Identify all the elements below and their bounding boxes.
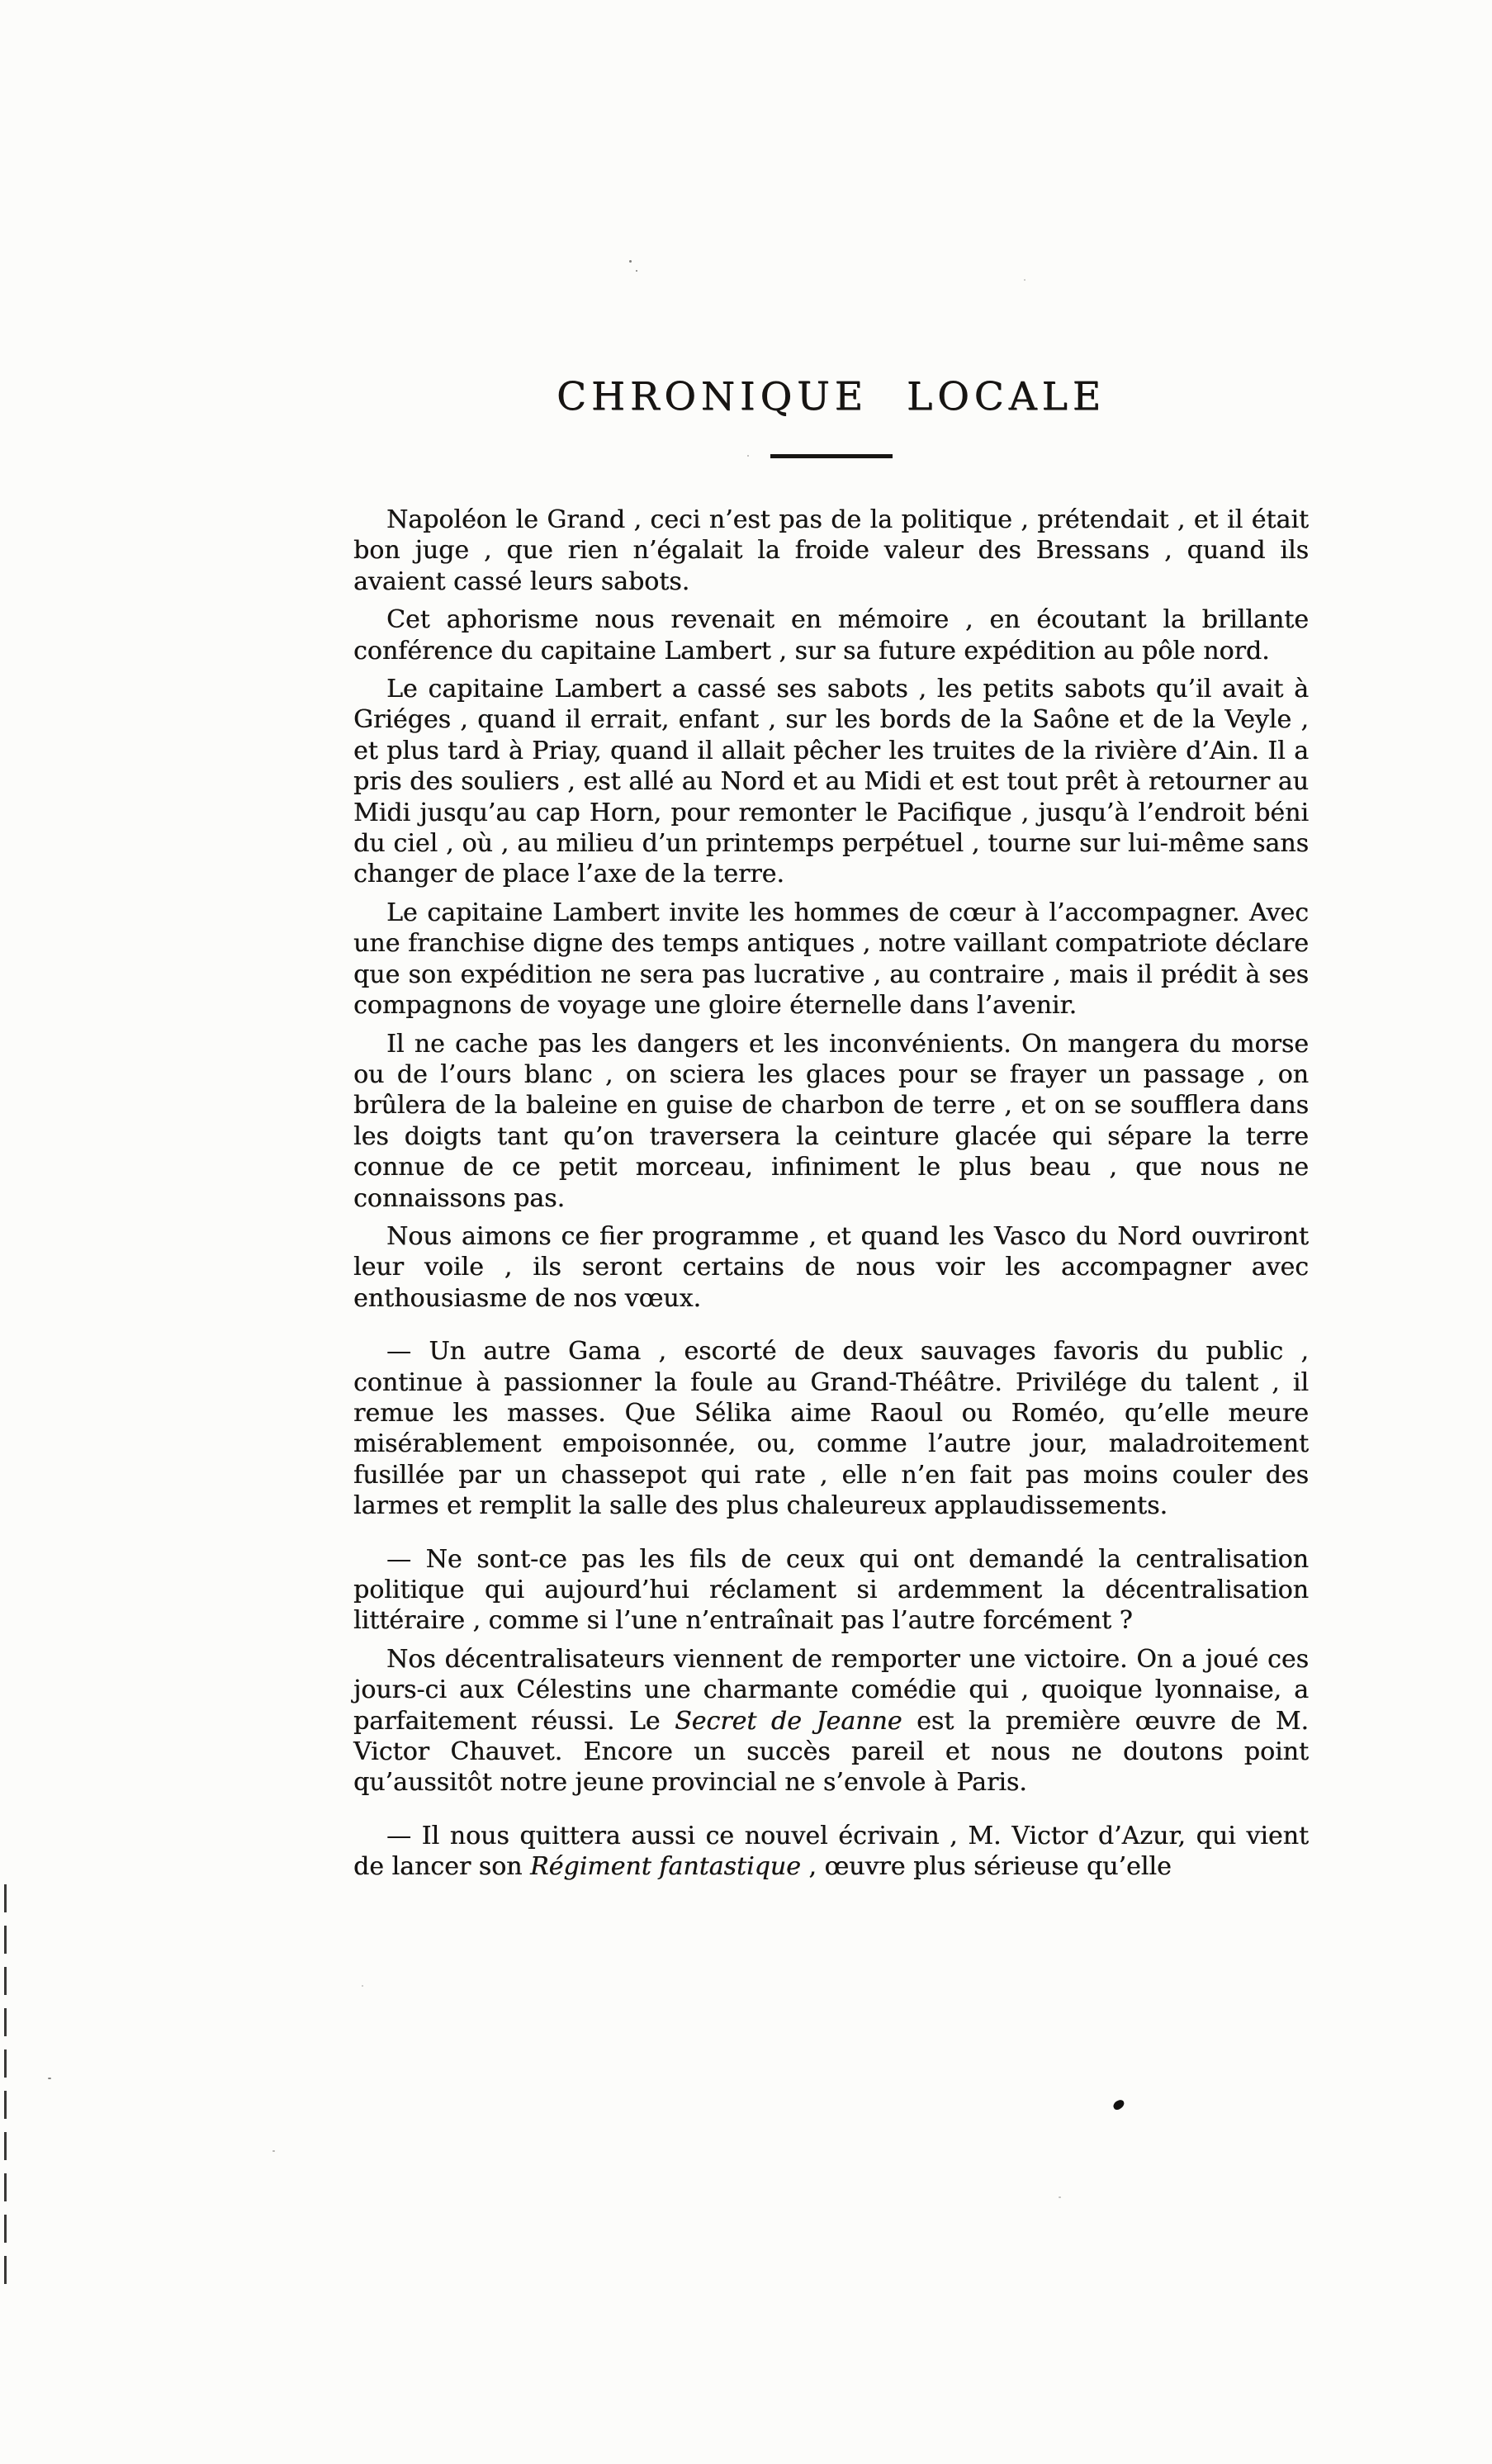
paragraph-1: Napoléon le Grand , ceci n’est pas de la… — [353, 505, 1309, 597]
work-title-secret-de-jeanne: Secret de Jeanne — [675, 1707, 902, 1736]
text-column: CHRONIQUE LOCALE Napoléon le Grand , cec… — [353, 373, 1309, 1883]
text-segment: — Ne sont-ce pas les fils de ceux qui on… — [353, 1545, 1309, 1636]
paragraph-6: Nous aimons ce fier programme , et quand… — [353, 1221, 1309, 1314]
article-body: Napoléon le Grand , ceci n’est pas de la… — [353, 505, 1309, 1883]
scan-speck — [1024, 279, 1025, 281]
scanned-page: CHRONIQUE LOCALE Napoléon le Grand , cec… — [0, 0, 1492, 2464]
scan-speck — [48, 2078, 51, 2079]
scan-speck — [362, 1985, 363, 1987]
text-segment: Nous aimons ce fier programme , et quand… — [353, 1222, 1309, 1313]
ink-blot-artifact — [1111, 2098, 1125, 2111]
text-segment: Le capitaine Lambert invite les hommes d… — [353, 898, 1309, 1020]
text-segment: Il ne cache pas les dangers et les incon… — [353, 1030, 1309, 1213]
scan-speck — [629, 260, 632, 263]
text-segment: Napoléon le Grand , ceci n’est pas de la… — [353, 505, 1309, 596]
paragraph-9: Nos décentralisateurs viennent de rempor… — [353, 1644, 1309, 1798]
paragraph-8-news-item: — Ne sont-ce pas les fils de ceux qui on… — [353, 1544, 1309, 1637]
scan-edge-artifact-line — [4, 1884, 7, 2296]
paragraph-3: Le capitaine Lambert a cassé ses sabots … — [353, 674, 1309, 890]
paragraph-5: Il ne cache pas les dangers et les incon… — [353, 1029, 1309, 1214]
text-segment: Le capitaine Lambert a cassé ses sabots … — [353, 675, 1309, 888]
paragraph-4: Le capitaine Lambert invite les hommes d… — [353, 898, 1309, 1021]
scan-speck — [636, 270, 637, 272]
work-title-regiment-fantastique: Régiment fantastique — [530, 1852, 801, 1881]
title-divider-rule — [770, 454, 893, 458]
text-segment: Cet aphorisme nous revenait en mémoire ,… — [353, 605, 1309, 665]
page-title: CHRONIQUE LOCALE — [353, 373, 1309, 421]
scan-speck — [272, 2150, 275, 2152]
paragraph-2: Cet aphorisme nous revenait en mémoire ,… — [353, 604, 1309, 666]
paragraph-10-news-item: — Il nous quittera aussi ce nouvel écriv… — [353, 1821, 1309, 1883]
text-segment: — Un autre Gama , escorté de deux sauvag… — [353, 1337, 1309, 1520]
scan-speck — [747, 455, 749, 457]
text-segment: , œuvre plus sérieuse qu’elle — [801, 1852, 1172, 1881]
paragraph-7-news-item: — Un autre Gama , escorté de deux sauvag… — [353, 1336, 1309, 1521]
scan-speck — [1059, 2196, 1061, 2198]
